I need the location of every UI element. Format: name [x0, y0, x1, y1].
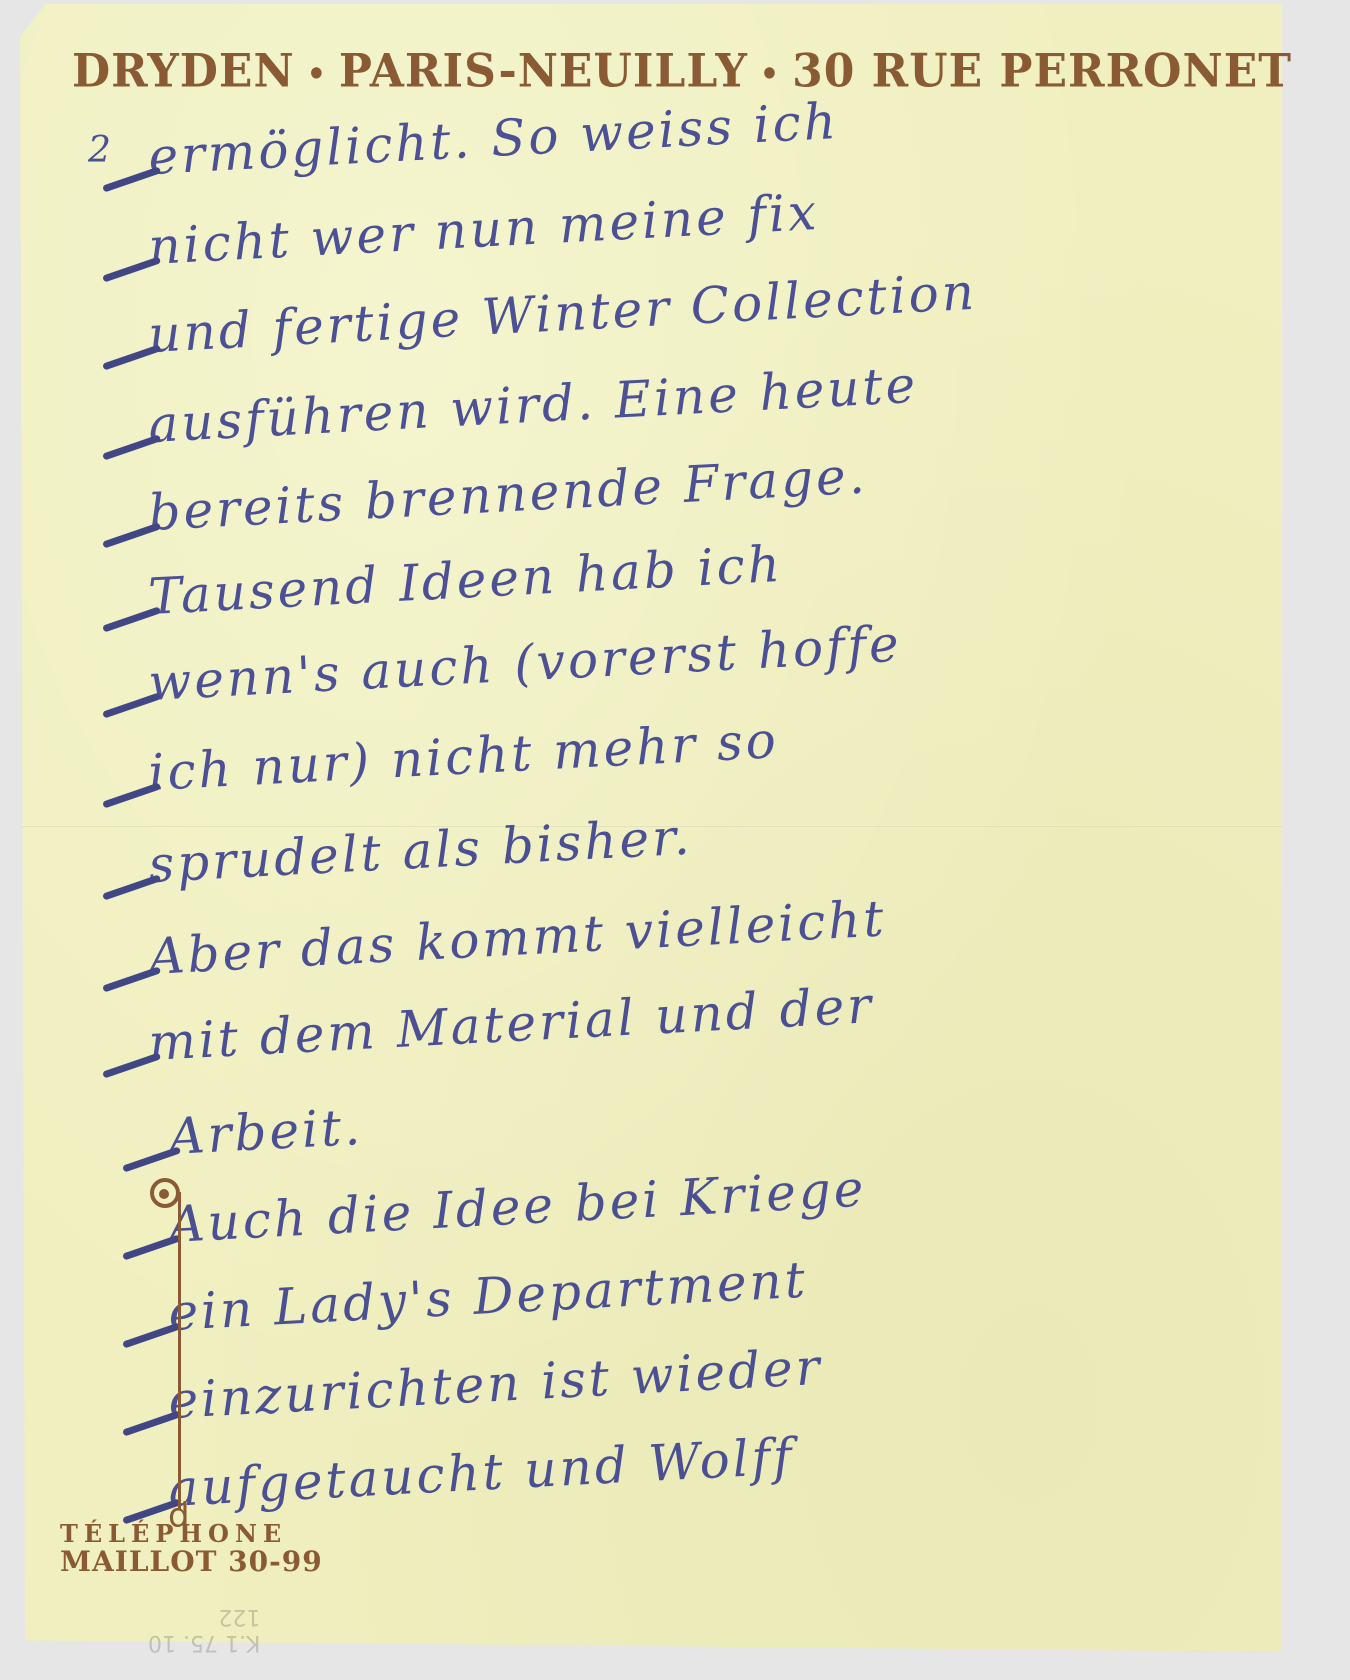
page-number: 2: [88, 130, 111, 171]
letterhead-ornament: d: [150, 1178, 210, 1538]
archive-mark-line: 122: [148, 1602, 260, 1628]
vertical-rule: [178, 1192, 181, 1510]
telephone-block: TÉLÉPHONE MAILLOT 30-99: [60, 1522, 323, 1576]
bullet-separator-icon: •: [760, 56, 780, 93]
telephone-label: TÉLÉPHONE: [60, 1522, 323, 1546]
bullet-separator-icon: •: [307, 56, 327, 93]
telephone-number: MAILLOT 30-99: [60, 1548, 323, 1576]
pencil-archive-mark: K.1 75. 10 122: [148, 1602, 260, 1655]
dot-ornament-icon: [159, 1189, 169, 1199]
letterhead-location: PARIS-NEUILLY: [339, 45, 748, 99]
letterhead: DRYDEN•PARIS-NEUILLY•30 RUE PERRONET: [72, 45, 1232, 99]
letterhead-name: DRYDEN: [72, 45, 295, 99]
archive-mark-line: K.1 75. 10: [148, 1628, 260, 1654]
handwritten-line: Arbeit.: [167, 1098, 364, 1166]
letterhead-address: 30 RUE PERRONET: [792, 45, 1292, 99]
